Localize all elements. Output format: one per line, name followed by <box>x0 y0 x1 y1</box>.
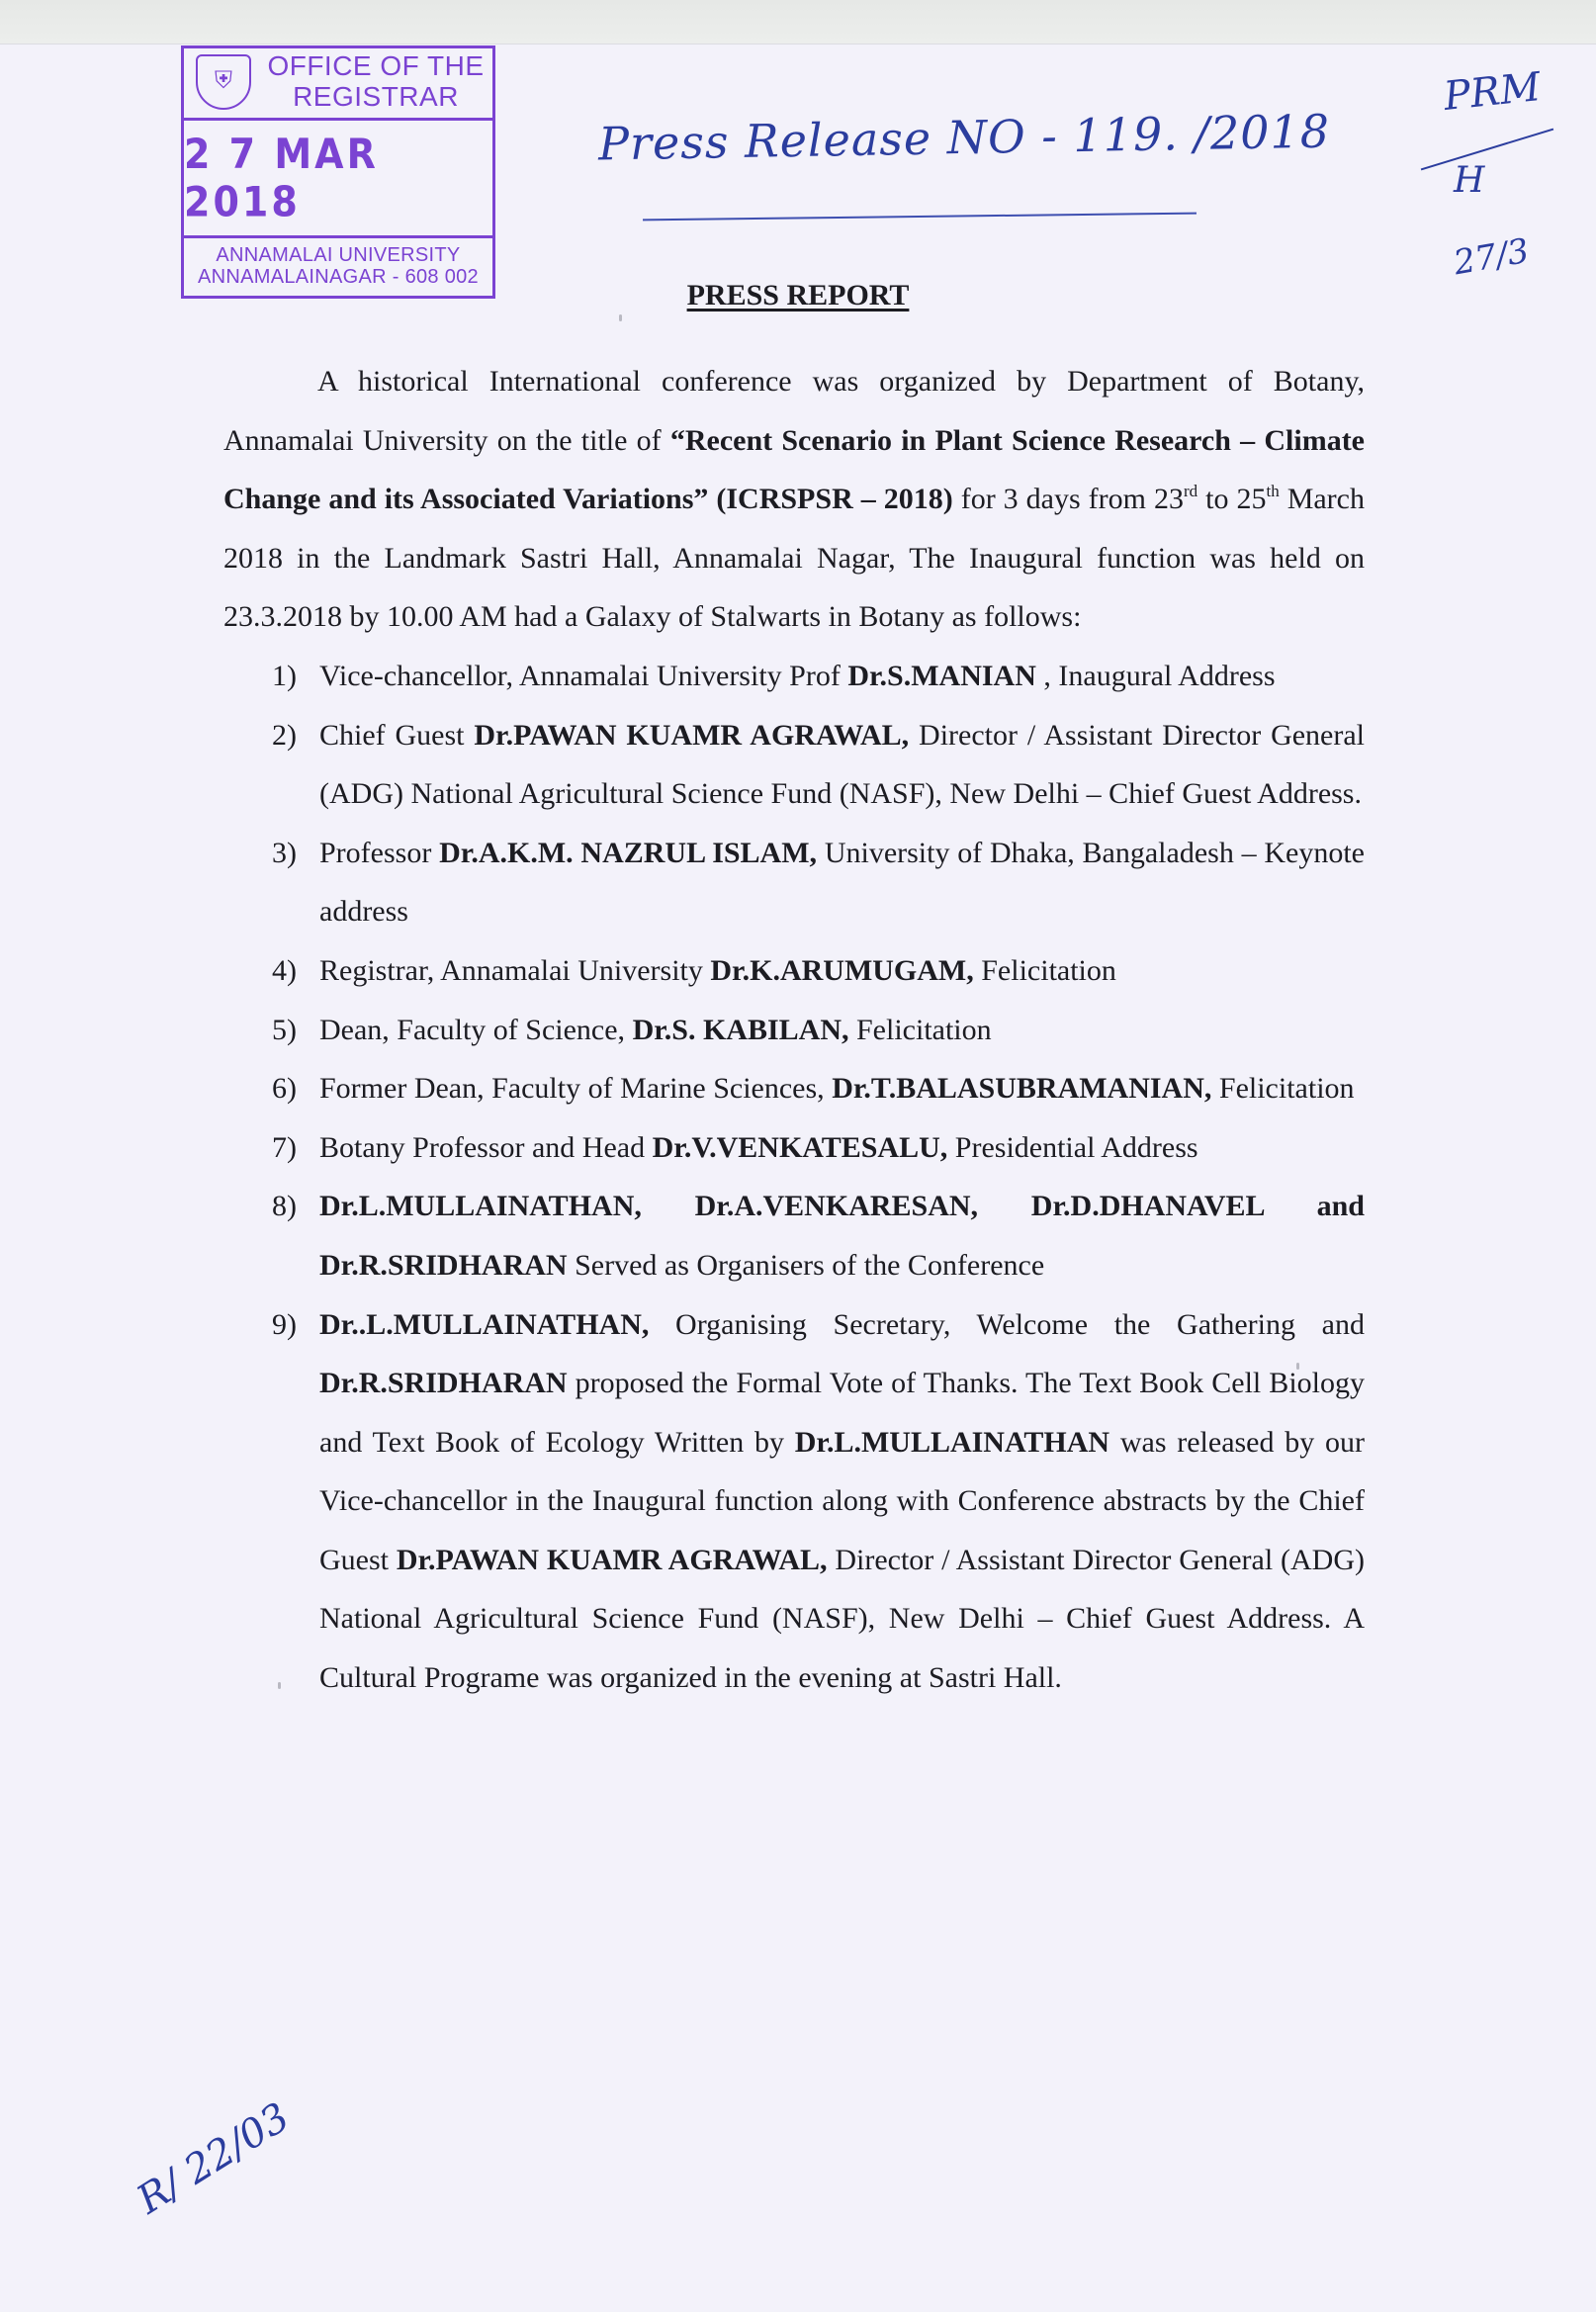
list-item: 3)Professor Dr.A.K.M. NAZRUL ISLAM, Univ… <box>223 824 1365 941</box>
item-text: Vice-chancellor, Annamalai University Pr… <box>319 660 847 692</box>
list-item: 5)Dean, Faculty of Science, Dr.S. KABILA… <box>223 1001 1365 1060</box>
intro-text: for 3 days from 23 <box>953 483 1184 515</box>
item-number: 8) <box>272 1177 297 1236</box>
scan-speck <box>278 1682 281 1689</box>
list-item: 1)Vice-chancellor, Annamalai University … <box>223 647 1365 706</box>
item-text: Presidential Address <box>947 1131 1197 1164</box>
registrar-stamp: ⛨ OFFICE OF THE REGISTRAR 2 7 MAR 2018 A… <box>181 45 495 299</box>
stamp-office: OFFICE OF THE REGISTRAR <box>261 50 490 112</box>
item-text: Registrar, Annamalai University <box>319 954 710 987</box>
item-name: Dr.R.SRIDHARAN <box>319 1367 568 1399</box>
scanner-edge <box>0 0 1596 44</box>
stamp-header: ⛨ OFFICE OF THE REGISTRAR <box>184 48 492 121</box>
scan-speck <box>619 314 622 321</box>
list-item: 9)Dr..L.MULLAINATHAN, Organising Secreta… <box>223 1295 1365 1708</box>
item-name: Dr.PAWAN KUAMR AGRAWAL, <box>397 1544 828 1576</box>
item-text: Served as Organisers of the Conference <box>568 1249 1045 1282</box>
superscript: rd <box>1184 482 1197 500</box>
intro-text: to 25 <box>1197 483 1266 515</box>
item-number: 3) <box>272 824 297 883</box>
university-emblem-icon: ⛨ <box>196 54 251 110</box>
item-name: Dr.V.VENKATESALU, <box>653 1131 948 1164</box>
item-number: 6) <box>272 1059 297 1118</box>
document-title: PRESS REPORT <box>0 279 1596 312</box>
list-item: 6)Former Dean, Faculty of Marine Science… <box>223 1059 1365 1118</box>
item-text: Organising Secretary, Welcome the Gather… <box>649 1308 1365 1341</box>
list-item: 4)Registrar, Annamalai University Dr.K.A… <box>223 941 1365 1001</box>
item-text: Chief Guest <box>319 719 474 752</box>
item-name: Dr.L.MULLAINATHAN <box>795 1426 1109 1459</box>
stamp-date: 2 7 MAR 2018 <box>184 131 492 226</box>
item-name: Dr..L.MULLAINATHAN, <box>319 1308 649 1341</box>
item-number: 1) <box>272 647 297 706</box>
item-name: Dr.A.K.M. NAZRUL ISLAM, <box>439 837 817 869</box>
item-text: Felicitation <box>849 1014 992 1046</box>
item-name: Dr.K.ARUMUGAM, <box>710 954 973 987</box>
item-text: Former Dean, Faculty of Marine Sciences, <box>319 1072 832 1105</box>
stamp-university: ANNAMALAI UNIVERSITY <box>184 244 492 266</box>
item-number: 7) <box>272 1118 297 1178</box>
item-name: Dr.S.MANIAN <box>847 660 1036 692</box>
document-body: A historical International conference wa… <box>223 352 1365 1708</box>
scan-speck <box>1296 1363 1299 1370</box>
item-text: Botany Professor and Head <box>319 1131 653 1164</box>
item-text: , Inaugural Address <box>1036 660 1276 692</box>
list-item: 8)Dr.L.MULLAINATHAN, Dr.A.VENKARESAN, Dr… <box>223 1177 1365 1294</box>
item-text: Felicitation <box>1211 1072 1354 1105</box>
dignitaries-list: 1)Vice-chancellor, Annamalai University … <box>223 647 1365 1708</box>
item-number: 5) <box>272 1001 297 1060</box>
item-text: Felicitation <box>974 954 1116 987</box>
item-text: Professor <box>319 837 439 869</box>
superscript: th <box>1266 482 1279 500</box>
item-name: Dr.T.BALASUBRAMANIAN, <box>832 1072 1211 1105</box>
list-item: 7)Botany Professor and Head Dr.V.VENKATE… <box>223 1118 1365 1178</box>
item-name: Dr.PAWAN KUAMR AGRAWAL, <box>474 719 909 752</box>
item-text: Dean, Faculty of Science, <box>319 1014 633 1046</box>
stamp-date-row: 2 7 MAR 2018 <box>184 121 492 238</box>
item-number: 4) <box>272 941 297 1001</box>
item-name: Dr.S. KABILAN, <box>633 1014 849 1046</box>
intro-paragraph: A historical International conference wa… <box>223 352 1365 647</box>
item-number: 2) <box>272 706 297 765</box>
item-number: 9) <box>272 1295 297 1355</box>
handwritten-signature: H <box>1454 160 1484 201</box>
list-item: 2)Chief Guest Dr.PAWAN KUAMR AGRAWAL, Di… <box>223 706 1365 824</box>
